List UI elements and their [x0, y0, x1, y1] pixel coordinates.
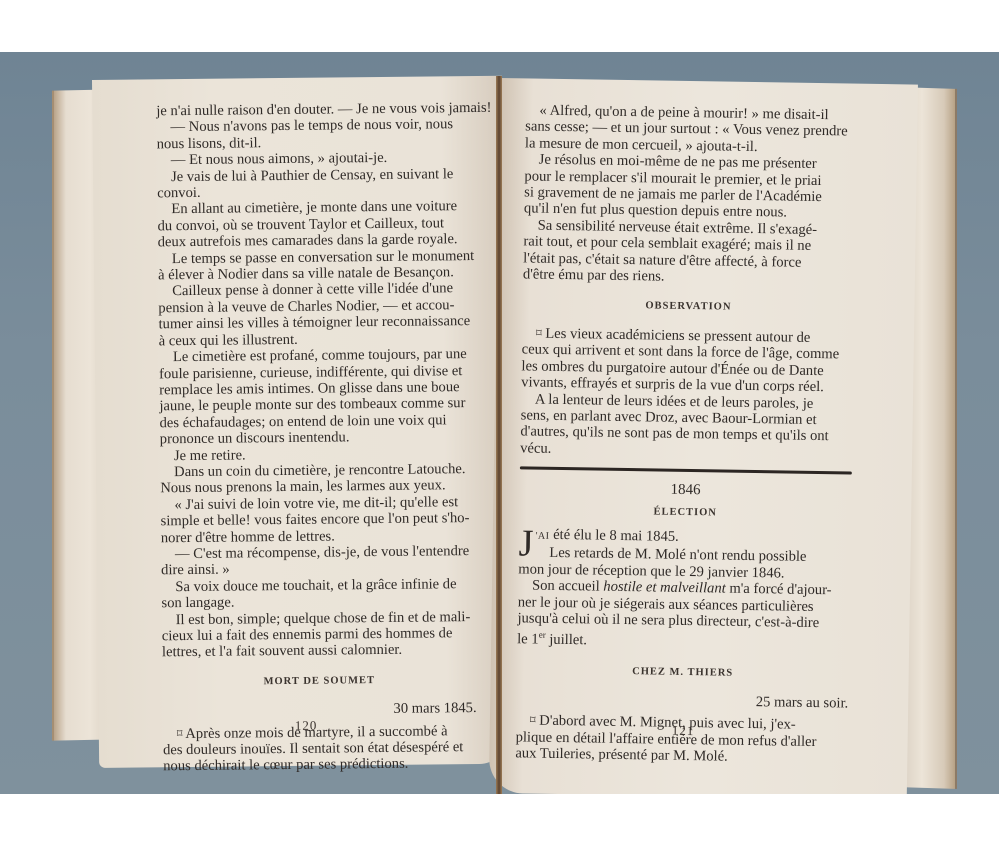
text-fragment: le 1: [517, 632, 539, 648]
text-line: tumer ainsi les villes à témoigner leur …: [158, 313, 472, 333]
paragraph-mark-icon: ⌑: [530, 715, 536, 727]
right-page: « Alfred, qu'on a de peine à mourir! » m…: [489, 78, 918, 794]
section-heading-chez-thiers: CHEZ M. THIERS: [517, 662, 849, 684]
text-fragment: Son accueil: [532, 578, 604, 595]
election-paragraph: J 'AI été élu le 8 mai 1845. Les retards…: [518, 526, 851, 582]
text-fragment: été élu le 8 mai 1845.: [549, 527, 679, 545]
italic-text: hostile et malveillant: [603, 579, 726, 597]
text-line: Je vais de lui à Pauthier de Censay, en …: [157, 166, 471, 186]
left-page: je n'ai nulle raison d'en douter. — Je n…: [92, 76, 509, 768]
horizontal-rule: [520, 466, 852, 474]
book-photograph: je n'ai nulle raison d'en douter. — Je n…: [0, 52, 999, 794]
text-line: lettres, et l'a fait souvent aussi calom…: [162, 641, 476, 661]
section-date: 30 mars 1845.: [163, 700, 477, 720]
section-heading-election: ÉLECTION: [519, 502, 851, 524]
text-line: des échafaudages; on entend de loin une …: [160, 412, 474, 432]
paragraph-mark-icon: ⌑: [177, 728, 183, 740]
drop-cap: J: [518, 526, 533, 560]
right-page-body: « Alfred, qu'on a de peine à mourir! » m…: [515, 102, 857, 767]
page-number-right: 121: [672, 723, 695, 739]
page-number-left: 120: [295, 718, 318, 734]
small-caps-text: 'AI: [536, 531, 550, 542]
year-heading: 1846: [519, 479, 851, 501]
paragraph-mark-icon: ⌑: [536, 327, 542, 339]
section-heading-mort-de-soumet: MORT DE SOUMET: [162, 672, 476, 692]
text-line: — Nous n'avons pas le temps de nous voir…: [156, 116, 470, 136]
text-fragment: m'a forcé d'ajour-: [726, 581, 832, 599]
text-line: simple et belle! vous faites encore que …: [161, 510, 475, 530]
text-line: nous déchirait le cœur par ses prédictio…: [163, 755, 477, 775]
text-fragment: juillet.: [546, 632, 588, 649]
section-heading-observation: OBSERVATION: [522, 297, 854, 319]
book-spine-gutter: [496, 76, 502, 794]
section-date: 25 mars au soir.: [516, 690, 848, 712]
left-page-body: je n'ai nulle raison d'en douter. — Je n…: [156, 100, 477, 775]
